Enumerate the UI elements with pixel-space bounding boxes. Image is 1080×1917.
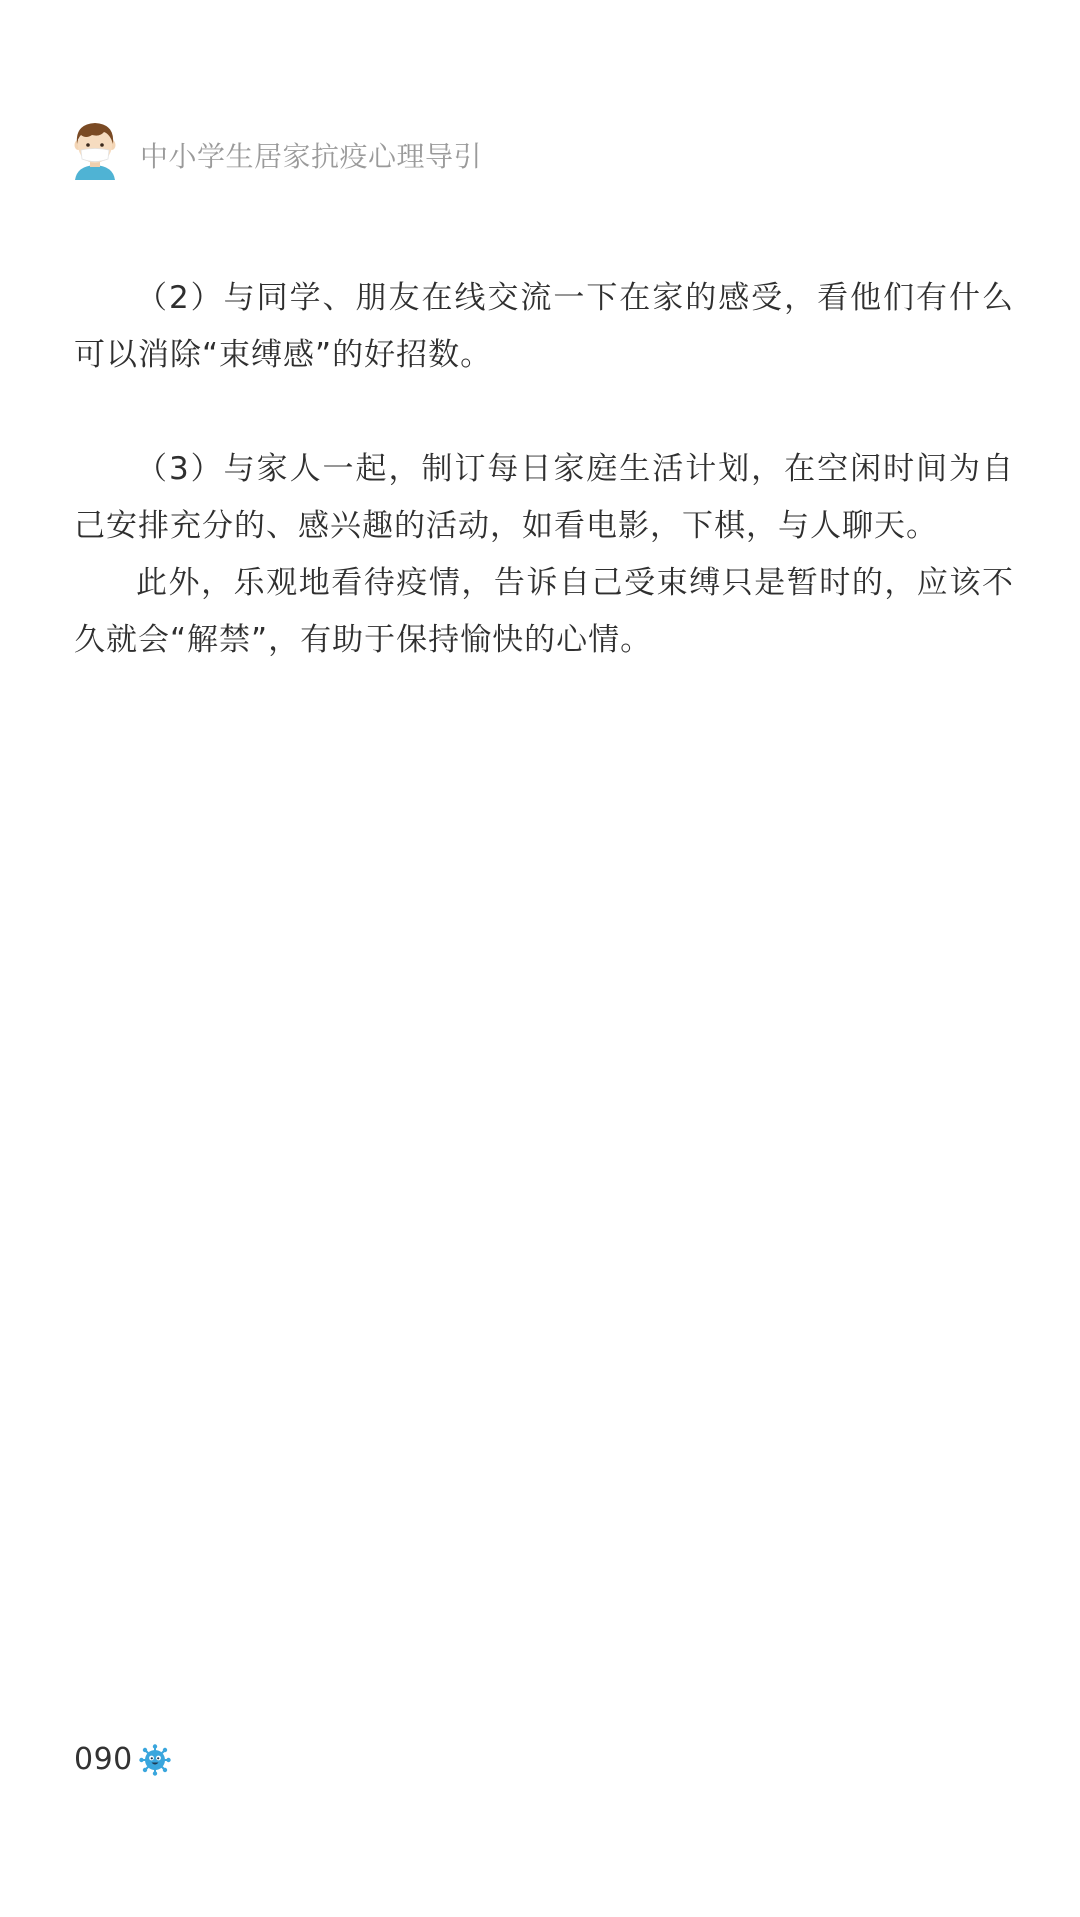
body-text: （2）与同学、朋友在线交流一下在家的感受，看他们有什么可以消除“束缚感”的好招数…	[74, 270, 1014, 669]
boy-with-mask-icon	[72, 120, 118, 180]
paragraph-item-2: （2）与同学、朋友在线交流一下在家的感受，看他们有什么可以消除“束缚感”的好招数…	[74, 270, 1014, 384]
page-header: 中小学生居家抗疫心理导引	[72, 120, 482, 180]
virus-icon	[139, 1744, 171, 1776]
page-number: 090	[74, 1745, 133, 1775]
paragraph-item-3: （3）与家人一起，制订每日家庭生活计划，在空闲时间为自己安排充分的、感兴趣的活动…	[74, 441, 1014, 555]
book-title: 中小学生居家抗疫心理导引	[140, 143, 482, 171]
paragraph-conclusion: 此外，乐观地看待疫情，告诉自己受束缚只是暂时的，应该不久就会“解禁”，有助于保持…	[74, 555, 1014, 669]
page-footer: 090	[74, 1744, 171, 1776]
